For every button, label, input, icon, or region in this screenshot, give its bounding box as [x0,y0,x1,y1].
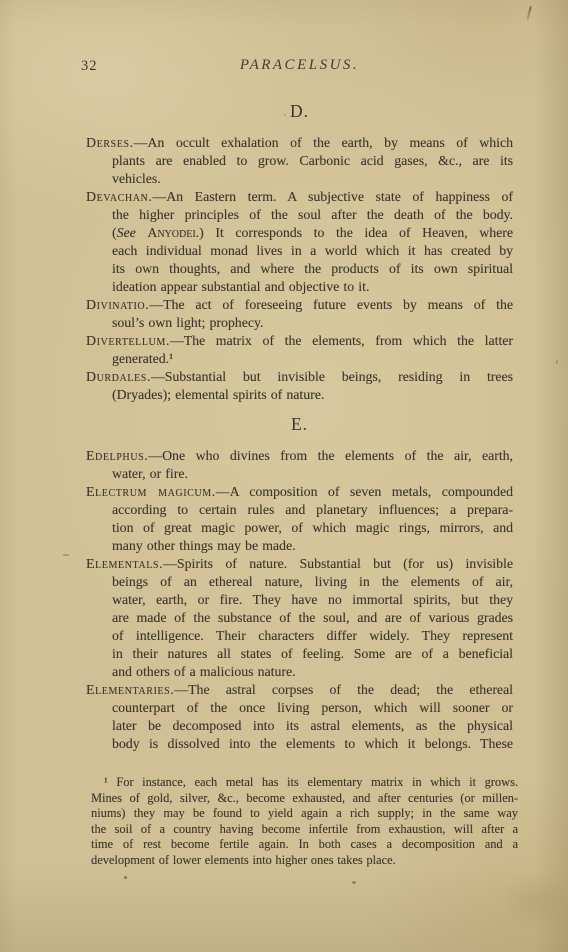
text-line: tion of great magic power, of which magi… [86,519,513,537]
text-segment: —The act of foreseeing future events by … [149,297,513,312]
text-segment: .) It corresponds to the idea of Heaven,… [196,225,513,240]
text-segment: See [117,225,148,240]
text-line: counterpart of the once living person, w… [86,699,513,717]
text-line: (See Anyodei.) It corresponds to the ide… [86,224,513,242]
text-line: many other things may be made. [86,537,513,555]
text-line: the higher principles of the soul after … [86,206,513,224]
text-line: and others of a malicious nature. [86,663,513,681]
section-heading: D. [86,102,513,120]
running-title: PARACELSUS. [86,57,513,74]
entry-term: Electrum magicum. [86,484,216,499]
page-number: 32 [81,58,98,75]
text-segment: —A composition of seven metals, compound… [216,484,513,499]
paper-stain [500,870,568,930]
paper-speck [124,876,127,879]
footnote-line: time of rest become fertile again. In bo… [91,837,518,853]
text-segment: —An Eastern term. A subjective state of … [152,189,513,204]
text-line: in their natures all states of feeling. … [86,645,513,663]
glossary-entry: Divinatio.—The act of foreseeing future … [86,296,513,332]
section-heading: E. [86,415,513,433]
text-line: ideation appear substantial and objectiv… [86,278,513,296]
entry-term: Elementals. [86,556,163,571]
text-line: each individual monad lives in a world w… [86,242,513,260]
page-content: 32 PARACELSUS. D.Derses.—An occult exhal… [86,57,513,869]
text-line: later be decomposed into its astral elem… [86,717,513,735]
glossary-entry: Durdales.—Substantial but invisible bein… [86,368,513,404]
entry-term: Durdales. [86,369,151,384]
entry-term: Edelphus. [86,448,148,463]
glossary-entry: Elementaries.—The astral corpses of the … [86,681,513,753]
text-line: according to certain rules and planetary… [86,501,513,519]
glossary-entry: Edelphus.—One who divines from the eleme… [86,447,513,483]
paper-speck [352,881,356,884]
text-line: Durdales.—Substantial but invisible bein… [86,368,513,386]
text-line: of intelligence. Their characters differ… [86,627,513,645]
text-line: its own thoughts, and where the products… [86,260,513,278]
footnote-line: the soil of a country having become infe… [91,822,518,838]
text-line: plants are enabled to grow. Carbonic aci… [86,152,513,170]
text-line: generated.¹ [86,350,513,368]
paper-speck [284,114,286,116]
text-segment: —Substantial but invisible beings, resid… [151,369,513,384]
glossary-sections: D.Derses.—An occult exhalation of the ea… [86,102,513,753]
glossary-entry: Devachan.—An Eastern term. A subjective … [86,188,513,296]
footnote-line: niums) they may be found to yield again … [91,806,518,822]
paper-speck [63,554,69,556]
glossary-entry: Divertellum.—The matrix of the elements,… [86,332,513,368]
text-line: vehicles. [86,170,513,188]
paper-speck [556,360,558,364]
text-line: Elementals.—Spirits of nature. Substanti… [86,555,513,573]
footnote: ¹ For instance, each metal has its eleme… [91,775,518,869]
text-line: (Dryades); elemental spirits of nature. [86,386,513,404]
glossary-entry: Elementals.—Spirits of nature. Substanti… [86,555,513,681]
page-header: 32 PARACELSUS. [86,57,513,75]
text-line: water, earth, or fire. They have no immo… [86,591,513,609]
text-segment: —One who divines from the elements of th… [148,448,513,463]
text-line: Elementaries.—The astral corpses of the … [86,681,513,699]
entry-term: Elementaries. [86,682,174,697]
text-line: soul’s own light; prophecy. [86,314,513,332]
text-line: Divinatio.—The act of foreseeing future … [86,296,513,314]
text-segment: —The matrix of the elements, from which … [170,333,513,348]
entry-term: Divinatio. [86,297,149,312]
text-line: Edelphus.—One who divines from the eleme… [86,447,513,465]
text-segment: Anyodei [147,225,195,240]
glossary-entry: Derses.—An occult exhalation of the eart… [86,134,513,188]
entry-term: Divertellum. [86,333,170,348]
text-line: Derses.—An occult exhalation of the eart… [86,134,513,152]
text-line: are made of the substance of the soul, a… [86,609,513,627]
text-segment: —The astral corpses of the dead; the eth… [174,682,513,697]
entry-term: Devachan. [86,189,152,204]
text-line: Devachan.—An Eastern term. A subjective … [86,188,513,206]
text-line: Divertellum.—The matrix of the elements,… [86,332,513,350]
entry-term: Derses. [86,135,134,150]
book-page-scan: { "page": { "number": "32", "running_tit… [0,0,568,952]
glossary-entry: Electrum magicum.—A composition of seven… [86,483,513,555]
text-segment: —An occult exhalation of the earth, by m… [134,135,513,150]
text-line: Electrum magicum.—A composition of seven… [86,483,513,501]
footnote-line: development of lower elements into highe… [91,853,518,869]
footnote-line: ¹ For instance, each metal has its eleme… [91,775,518,791]
text-line: body is dissolved into the elements to w… [86,735,513,753]
text-segment: —Spirits of nature. Substantial but (for… [163,556,513,571]
pen-scratch-mark [526,6,532,21]
text-line: beings of an ethereal nature, living in … [86,573,513,591]
footnote-line: Mines of gold, silver, &c., become exhau… [91,791,518,807]
text-line: water, or fire. [86,465,513,483]
